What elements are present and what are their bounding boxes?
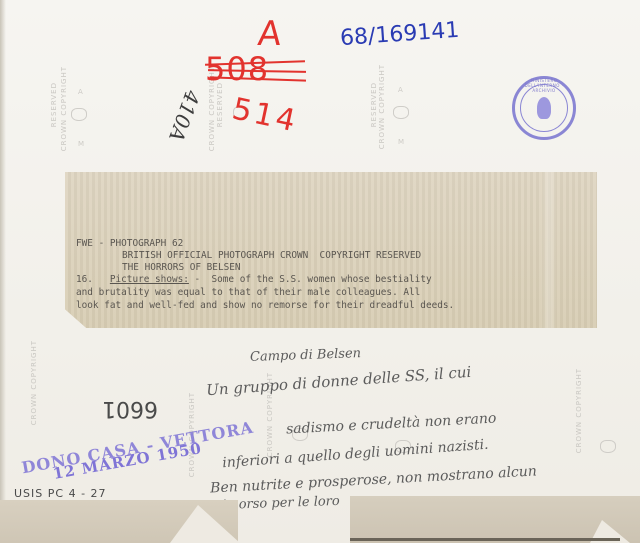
picture-shows-label: Picture shows: [110, 274, 189, 285]
watermark-letter: M [398, 138, 404, 146]
photo-edge-line [350, 538, 620, 541]
watermark-letter: M [78, 140, 84, 148]
crown-watermark-icon [600, 440, 616, 453]
watermark-text: CROWN COPYRIGHT [378, 64, 387, 149]
watermark-text: CROWN COPYRIGHT [30, 340, 39, 425]
caption-line-4: 16. Picture shows: - Some of the S.S. wo… [76, 273, 432, 286]
red-letter-annotation: A [256, 14, 283, 54]
crown-watermark-icon [71, 108, 87, 121]
round-archive-stamp: MINISTERO DELL'INTERNO · ARCHIVIO [512, 76, 576, 140]
caption-line-5: and brutality was equal to that of their… [76, 286, 420, 299]
crown-watermark-icon [393, 106, 409, 119]
watermark-letter: A [398, 86, 403, 94]
watermark-text: RESERVED [50, 82, 59, 127]
watermark-letter: A [78, 88, 83, 96]
emblem-icon [537, 97, 551, 119]
label-fold [541, 172, 557, 328]
pencil-number: 6601 [102, 396, 158, 421]
caption-line-6: look fat and well-fed and show no remors… [76, 299, 454, 312]
paper-edge-shadow [0, 0, 6, 543]
watermark-text: CROWN COPYRIGHT [60, 66, 69, 151]
stamp-ring-text: MINISTERO DELL'INTERNO · ARCHIVIO [515, 78, 573, 93]
watermark-text: RESERVED [370, 82, 379, 127]
watermark-text: RESERVED [216, 82, 225, 127]
caption-number: 16. [76, 274, 93, 285]
watermark-text: CROWN COPYRIGHT [575, 368, 584, 453]
usis-code: USIS PC 4 - 27 [14, 487, 107, 500]
caption-line-4-text: - Some of the S.S. women whose bestialit… [189, 274, 432, 285]
